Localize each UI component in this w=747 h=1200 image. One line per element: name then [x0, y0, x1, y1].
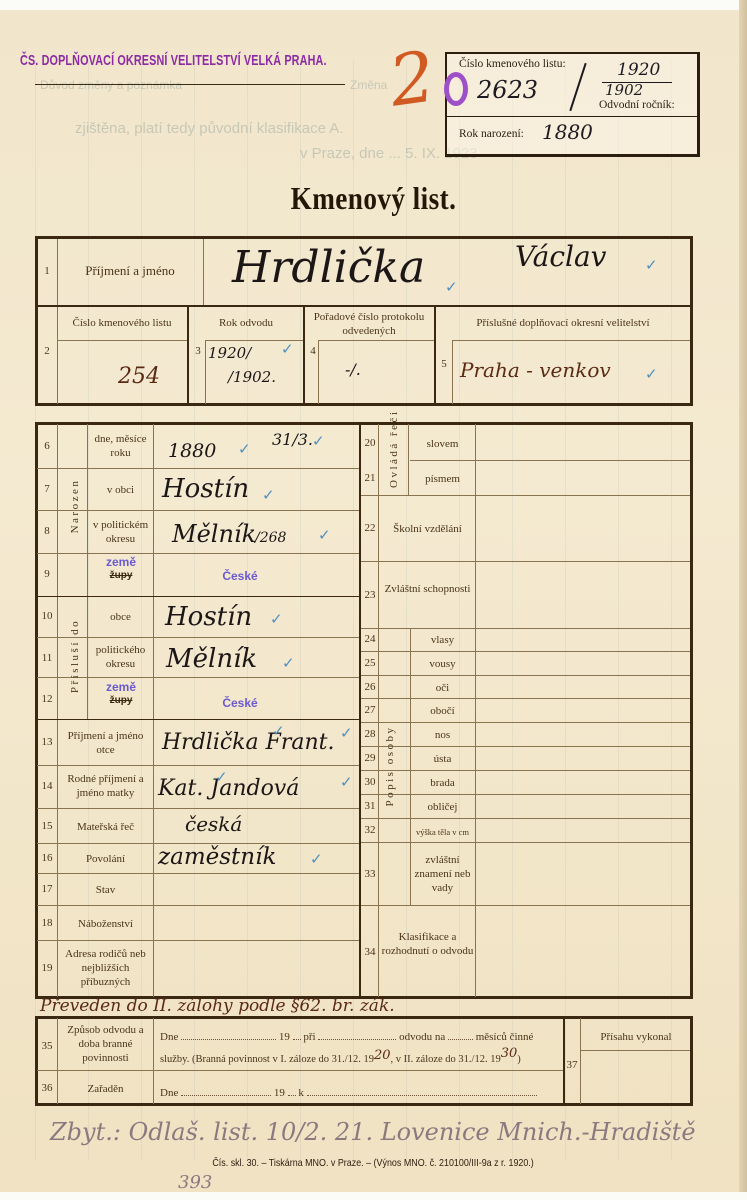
field-number: 29 [360, 752, 380, 764]
transfer-note: Převeden do II. zálohy podle §62. br. zá… [40, 996, 395, 1016]
field-number: 3 [188, 345, 208, 357]
reserve-text-2: , v II. záloze do 31./12. 19 [391, 1054, 501, 1065]
rule [57, 239, 58, 305]
rule [361, 722, 690, 723]
birth-year-value: 1880 [542, 120, 593, 144]
check-icon: ✓ [282, 654, 295, 672]
scan-top-edge [0, 0, 747, 10]
rule [37, 596, 359, 597]
rule [57, 340, 187, 341]
parents-address-label: Adresa rodičů neb nejbližších příbuzných [58, 947, 153, 989]
height-label: výška těla v cm [410, 825, 475, 839]
mouth-label: ústa [410, 752, 475, 766]
home-village-value: Hostín [165, 602, 252, 632]
mother-tongue-label: Mateřská řeč [58, 820, 153, 834]
reserve-year-1: 20 [374, 1048, 391, 1063]
record-number-col-value: 254 [118, 364, 160, 389]
rule [361, 698, 690, 699]
field-number: 22 [360, 522, 380, 534]
field-number: 26 [360, 681, 380, 693]
birth-date-year: 1880 [168, 440, 216, 462]
rule [37, 677, 359, 678]
marital-status-label: Stav [58, 883, 153, 897]
field-number: 8 [37, 525, 57, 537]
section-label-narozen: Narozen [69, 471, 81, 541]
blank-line [318, 1038, 396, 1040]
chin-label: brada [410, 776, 475, 790]
field-number: 16 [37, 852, 57, 864]
conscription-year-bottom: 1902 [605, 81, 643, 99]
print-footer: Čís. skl. 30. – Tiskárna MNO. v Praze. –… [0, 1157, 747, 1169]
ghost-zmena: Změna [350, 78, 387, 92]
field-number: 18 [37, 917, 57, 929]
birth-district-extra: /268 [255, 530, 286, 546]
field-number: 12 [37, 693, 57, 705]
field-number: 31 [360, 800, 380, 812]
conscription-line-1: Dne 19 při odvodu na měsíců činné [160, 1030, 560, 1044]
assigned-line: Dne 19 k [160, 1086, 560, 1100]
stamp-underline [35, 84, 345, 85]
check-icon: ✓ [340, 724, 353, 742]
father-name-value: Hrdlička Frant. [162, 730, 335, 755]
field-number: 21 [360, 472, 380, 484]
field-number: 10 [37, 610, 57, 622]
check-icon: ✓ [645, 365, 658, 383]
section-label-popis: Popis osoby [384, 721, 396, 811]
field-number: 32 [360, 824, 380, 836]
distinguishing-marks-label: zvláštní znamení neb vady [410, 853, 475, 895]
conscription-year-col-bottom: /1902. [228, 368, 276, 386]
blank-line [288, 1094, 296, 1096]
rule [361, 675, 690, 676]
rule [580, 1050, 690, 1051]
rule [37, 808, 359, 809]
home-village-label: obce [88, 610, 153, 624]
conscription-year-label: Odvodní ročník: [599, 99, 675, 111]
reserve-text-3: ) [517, 1054, 521, 1065]
home-district-label: politického okresu [88, 643, 153, 671]
record-id-box: Číslo kmenového listu: 2623 1920 1902 Od… [445, 52, 700, 157]
rule [37, 873, 359, 874]
record-number-label: Číslo kmenového listu: [459, 58, 566, 70]
rule [452, 340, 690, 341]
rule [37, 305, 691, 307]
odvodu-text: odvodu na [399, 1031, 445, 1043]
field-number: 1 [37, 265, 57, 277]
rule [318, 340, 434, 341]
check-icon: ✓ [270, 610, 283, 628]
field-number: 33 [360, 868, 380, 880]
rule [361, 495, 690, 496]
blank-line [448, 1038, 473, 1040]
mesicu-text: měsíců činné [476, 1031, 534, 1043]
oath-label: Přísahu vykonal [582, 1030, 690, 1044]
check-icon: ✓ [215, 768, 228, 786]
field-number: 37 [562, 1059, 582, 1071]
land-label-stamp: země [90, 556, 152, 569]
birth-land-value: České [200, 570, 280, 583]
rule [475, 424, 476, 997]
mother-tongue-value: česká [185, 812, 242, 836]
field-number: 7 [37, 483, 57, 495]
field-number: 17 [37, 883, 57, 895]
field-number: 36 [37, 1082, 57, 1094]
eyebrows-label: obočí [410, 704, 475, 718]
field-number: 19 [37, 962, 57, 974]
rule [408, 424, 409, 495]
rule [203, 239, 204, 305]
father-name-label: Příjmení a jméno otce [58, 729, 153, 757]
district-command-col-label: Příslušné doplňovací okresní velitelství [437, 316, 689, 330]
writing-label: písmem [410, 472, 475, 486]
rule [153, 1018, 154, 1104]
section-label-ovlada: Ovládá řeči [388, 428, 400, 488]
land-label: země župy [90, 556, 152, 582]
protocol-number-col-value: -/. [345, 360, 361, 379]
rule [37, 719, 359, 720]
conscription-method-label: Způsob odvodu a doba branné povinnosti [58, 1023, 153, 1065]
k-text: k [298, 1087, 304, 1099]
field-number: 13 [37, 736, 57, 748]
dne-text: Dne [160, 1087, 178, 1099]
field-number: 34 [360, 946, 380, 958]
beard-label: vousy [410, 657, 475, 671]
pencil-note: Zbyt.: Odlaš. list. 10/2. 21. Lovenice M… [50, 1118, 696, 1146]
record-number-value: 2623 [477, 76, 538, 104]
blank-line [181, 1038, 276, 1040]
pri-text: při [303, 1031, 315, 1043]
year-prefix: 19 [274, 1087, 285, 1099]
birth-district-value: Mělník [172, 520, 256, 548]
blank-line [307, 1094, 537, 1096]
rule [37, 510, 359, 511]
home-land-label: země župy [90, 681, 152, 707]
rule [361, 905, 690, 906]
land-label-struck: župy [90, 569, 152, 582]
slash-divider [569, 63, 586, 111]
home-land-value: České [200, 697, 280, 710]
pencil-number: 393 [178, 1172, 212, 1193]
land-label-struck: župy [90, 694, 152, 707]
occupation-label: Povolání [58, 852, 153, 866]
document-page: Důvod změny a poznámka Změna zjištěna, p… [0, 0, 747, 1200]
field-number: 2 [37, 345, 57, 357]
rule [361, 794, 690, 795]
birth-date-label: dne, měsíce roku [88, 432, 153, 460]
birth-village-label: v obci [88, 483, 153, 497]
field-number: 5 [434, 358, 454, 370]
check-icon: ✓ [318, 526, 331, 544]
section-label-prislusi: Přísluší do [69, 614, 81, 698]
nose-label: nos [410, 728, 475, 742]
rule [361, 818, 690, 819]
classification-label: Klasifikace a rozhodnutí o odvodu [380, 930, 475, 958]
check-icon: ✓ [340, 773, 353, 791]
conscription-year-top: 1920 [617, 60, 660, 80]
conscription-year-col-top: 1920/ [208, 344, 251, 362]
check-icon: ✓ [645, 256, 658, 274]
reserve-year-2: 30 [501, 1046, 518, 1061]
record-number-col-label: Číslo kmenového listu [58, 316, 186, 330]
face-label: obličej [410, 800, 475, 814]
rule [37, 1070, 563, 1071]
rule [37, 637, 359, 638]
rule [452, 340, 453, 404]
rule [361, 842, 690, 843]
rule [361, 651, 690, 652]
ghost-duvod: Důvod změny a poznámka [40, 78, 182, 92]
check-icon: ✓ [272, 722, 285, 740]
birth-district-label: v politickém okresu [88, 518, 153, 546]
check-icon: ✓ [445, 278, 458, 296]
education-label: Školní vzdělání [380, 522, 475, 536]
special-skills-label: Zvláštní schopnosti [380, 582, 475, 596]
rule [361, 746, 690, 747]
blank-line [293, 1038, 301, 1040]
rule [361, 770, 690, 771]
field-number: 25 [360, 657, 380, 669]
rule [37, 765, 359, 766]
field-number: 6 [37, 440, 57, 452]
protocol-number-col-label: Pořadové číslo protokolu odvedených [305, 310, 433, 338]
rule [37, 940, 359, 941]
field-number: 27 [360, 704, 380, 716]
home-district-value: Mělník [166, 644, 257, 674]
rule [37, 905, 359, 906]
rule [410, 460, 690, 461]
rule [361, 628, 690, 629]
field-number: 15 [37, 820, 57, 832]
field-number: 14 [37, 780, 57, 792]
check-icon: ✓ [281, 340, 294, 358]
hair-label: vlasy [410, 633, 475, 647]
check-icon: ✓ [262, 486, 275, 504]
year-prefix: 19 [279, 1031, 290, 1043]
district-command-stamp: ČS. DOPLŇOVACÍ OKRESNÍ VELITELSTVÍ VELKÁ… [20, 52, 327, 69]
rule [361, 561, 690, 562]
field-number: 24 [360, 633, 380, 645]
birth-date-day: 31/3. [272, 430, 313, 449]
field-number: 30 [360, 776, 380, 788]
blank-line [181, 1094, 271, 1096]
scan-bottom-edge [0, 1192, 747, 1200]
rule [434, 307, 436, 404]
field-number: 28 [360, 728, 380, 740]
birth-year-label: Rok narození: [459, 128, 524, 140]
check-icon: ✓ [238, 440, 251, 458]
check-icon: ✓ [312, 432, 325, 450]
land-label-stamp: země [90, 681, 152, 694]
reserve-text-1: služby. (Branná povinnost v I. záloze do… [160, 1054, 374, 1065]
rule [37, 468, 359, 469]
assigned-label: Zařaděn [58, 1082, 153, 1096]
field-number: 20 [360, 437, 380, 449]
name-label: Příjmení a jméno [60, 264, 200, 278]
district-command-col-value: Praha - venkov [460, 358, 611, 382]
page-title: Kmenový list. [0, 180, 747, 217]
rule [37, 553, 359, 554]
field-number: 11 [37, 652, 57, 664]
purple-circle-mark [444, 72, 468, 106]
field-number: 4 [303, 345, 323, 357]
field-number: 23 [360, 589, 380, 601]
speech-label: slovem [410, 437, 475, 451]
ghost-klasifikace: zjištěna, platí tedy původní klasifikace… [75, 120, 343, 137]
eyes-label: oči [410, 681, 475, 695]
given-name-value: Václav [515, 240, 607, 273]
surname-value: Hrdlička [232, 242, 425, 293]
conscription-year-col-label: Rok odvodu [190, 316, 302, 330]
occupation-value: zaměstník [158, 844, 276, 870]
field-number: 9 [37, 568, 57, 580]
mother-name-label: Rodné příjmení a jméno matky [58, 772, 153, 800]
mother-name-value: Kat. Jandová [158, 776, 299, 801]
id-box-divider [447, 116, 697, 117]
check-icon: ✓ [310, 850, 323, 868]
red-crayon-mark: 2 [385, 35, 441, 122]
field-number: 35 [37, 1040, 57, 1052]
dne-text: Dne [160, 1031, 178, 1043]
religion-label: Náboženství [58, 917, 153, 931]
conscription-line-2: služby. (Branná povinnost v I. záloze do… [160, 1052, 560, 1067]
birth-village-value: Hostín [162, 474, 249, 504]
